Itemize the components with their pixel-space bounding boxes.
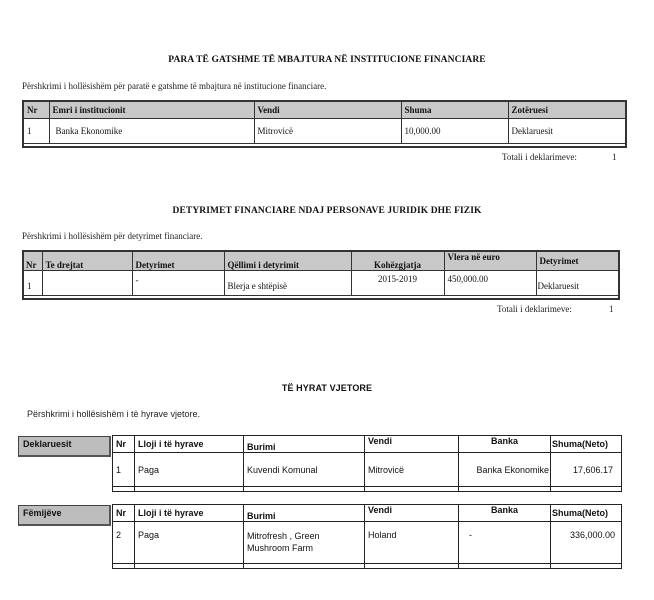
table-header-row: Nr Lloji i të hyrave Burimi Vendi Banka … — [113, 436, 622, 453]
group-label-declarant: Deklaruesit — [18, 436, 111, 457]
column-header-institution: Emri i institucionit — [49, 101, 254, 118]
cell-duration: 2015-2019 — [351, 270, 444, 295]
table-row: 1 Paga Kuvendi Komunal Mitrovicë Banka E… — [113, 453, 622, 487]
cell-place: Mitrovicë — [254, 118, 401, 143]
cell-source: Mitrofresh , Green Mushroom Farm — [244, 522, 365, 564]
table-spacer-row — [113, 487, 622, 492]
column-header-income-type: Lloji i të hyrave — [135, 505, 244, 522]
table-spacer-row — [113, 564, 622, 569]
cell-bank: - — [459, 522, 551, 564]
table-header-row: Nr Lloji i të hyrave Burimi Vendi Banka … — [113, 505, 622, 522]
cell-rights — [42, 270, 132, 295]
cell-nr: 1 — [23, 118, 49, 143]
cell-liabilities: - — [132, 270, 224, 295]
cell-owner: Deklaruesit — [508, 118, 626, 143]
section-description-annual-income: Përshkrimi i hollësishëm i të hyrave vje… — [27, 409, 200, 419]
cell-amount: 10,000.00 — [401, 118, 508, 143]
cell-nr: 1 — [113, 453, 135, 487]
group-label-children: Fëmijëve — [18, 505, 111, 526]
column-header-owner: Zotëruesi — [508, 101, 626, 118]
total-declarations-liabilities: Totali i deklarimeve: 1 — [497, 304, 627, 314]
cash-table: Nr Emri i institucionit Vendi Shuma Zotë… — [22, 100, 627, 148]
column-header-nr: Nr — [113, 505, 135, 522]
column-header-nr: Nr — [113, 436, 135, 453]
cell-place: Holand — [365, 522, 459, 564]
cell-bank: Banka Ekonomike — [459, 453, 551, 487]
column-header-liabilities-holder: Detyrimet — [536, 251, 619, 270]
total-label: Totali i deklarimeve: — [502, 152, 577, 162]
column-header-net-amount: Shuma(Neto) — [551, 505, 622, 522]
column-header-purpose: Qëllimi i detyrimit — [224, 251, 351, 270]
table-row: 1 Banka Ekonomike Mitrovicë 10,000.00 De… — [23, 118, 626, 143]
column-header-amount: Shuma — [401, 101, 508, 118]
section-title-cash: PARA TË GATSHME TË MBAJTURA NË INSTITUCI… — [0, 55, 654, 65]
cell-net-amount: 336,000.00 — [551, 522, 622, 564]
column-header-bank: Banka — [459, 436, 551, 453]
column-header-value-eur: Vlera në euro — [444, 251, 536, 270]
column-header-source: Burimi — [244, 436, 365, 453]
table-footer-rule — [23, 143, 626, 147]
cell-net-amount: 17,606.17 — [551, 453, 622, 487]
column-header-place: Vendi — [254, 101, 401, 118]
cell-income-type: Paga — [135, 522, 244, 564]
column-header-rights: Te drejtat — [42, 251, 132, 270]
income-table-declarant: Nr Lloji i të hyrave Burimi Vendi Banka … — [112, 435, 622, 492]
section-description-cash: Përshkrimi i hollësishëm për paratë e ga… — [22, 81, 326, 91]
cell-value-eur: 450,000.00 — [444, 270, 536, 295]
cell-purpose: Blerja e shtëpisë — [224, 270, 351, 295]
total-declarations-cash: Totali i deklarimeve: 1 — [502, 152, 632, 162]
cell-source: Kuvendi Komunal — [244, 453, 365, 487]
column-header-place: Vendi — [365, 505, 459, 522]
column-header-liabilities: Detyrimet — [132, 251, 224, 270]
cell-place: Mitrovicë — [365, 453, 459, 487]
liabilities-table: Nr Te drejtat Detyrimet Qëllimi i detyri… — [22, 250, 620, 300]
cell-holder: Deklaruesit — [536, 270, 619, 295]
table-header-row: Nr Emri i institucionit Vendi Shuma Zotë… — [23, 101, 626, 118]
total-value: 1 — [609, 304, 614, 314]
column-header-income-type: Lloji i të hyrave — [135, 436, 244, 453]
table-header-row: Nr Te drejtat Detyrimet Qëllimi i detyri… — [23, 251, 619, 270]
column-header-bank: Banka — [459, 505, 551, 522]
cell-nr: 1 — [23, 270, 42, 295]
total-label: Totali i deklarimeve: — [497, 304, 572, 314]
section-title-liabilities: DETYRIMET FINANCIARE NDAJ PERSONAVE JURI… — [0, 206, 654, 216]
table-row: 2 Paga Mitrofresh , Green Mushroom Farm … — [113, 522, 622, 564]
table-row: 1 - Blerja e shtëpisë 2015-2019 450,000.… — [23, 270, 619, 295]
table-footer-rule — [23, 295, 619, 299]
section-title-annual-income: TË HYRAT VJETORE — [0, 383, 654, 393]
column-header-duration: Kohëzgjatja — [351, 251, 444, 270]
column-header-source: Burimi — [244, 505, 365, 522]
cell-income-type: Paga — [135, 453, 244, 487]
column-header-nr: Nr — [23, 101, 49, 118]
column-header-net-amount: Shuma(Neto) — [551, 436, 622, 453]
section-description-liabilities: Përshkrimi i hollësishëm për detyrimet f… — [22, 231, 202, 241]
income-table-children: Nr Lloji i të hyrave Burimi Vendi Banka … — [112, 504, 622, 569]
total-value: 1 — [612, 152, 617, 162]
column-header-place: Vendi — [365, 436, 459, 453]
column-header-nr: Nr — [23, 251, 42, 270]
cell-nr: 2 — [113, 522, 135, 564]
cell-institution: Banka Ekonomike — [49, 118, 254, 143]
